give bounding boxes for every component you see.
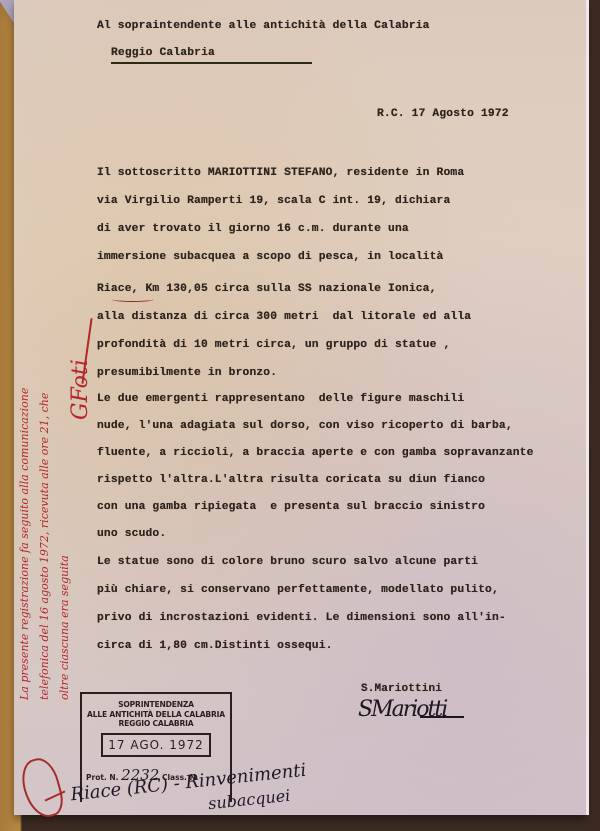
paper-edge [586, 0, 589, 815]
body-line: di aver trovato il giorno 16 c.m. durant… [97, 223, 409, 235]
handwritten-signature: SMariotti [358, 697, 446, 722]
body-line: presumibilmente in bronzo. [97, 367, 277, 379]
margin-note-line-3: oltre ciascuna era seguita [58, 555, 71, 700]
margin-note-line-1: La presente registrazione fa seguito all… [18, 388, 31, 700]
body-line: profondità di 10 metri circa, un gruppo … [97, 339, 450, 351]
body-line: fluente, a riccioli, a braccia aperte e … [97, 447, 534, 459]
body-line: Le statue sono di colore bruno scuro sal… [97, 556, 478, 568]
typed-signature: S.Mariottini [361, 683, 442, 695]
stamp-date: 17 AGO. 1972 [101, 733, 211, 757]
body-line: alla distanza di circa 300 metri dal lit… [97, 311, 471, 323]
margin-note-line-2: telefonica del 16 agosto 1972, ricevuta … [38, 393, 51, 700]
body-line: via Virgilio Ramperti 19, scala C int. 1… [97, 195, 450, 207]
body-line: più chiare, si conservano perfettamente,… [97, 584, 499, 596]
body-line: con una gamba ripiegata e presenta sul b… [97, 501, 485, 513]
place-date: R.C. 17 Agosto 1972 [377, 108, 509, 120]
body-line: Le due emergenti rappresentano delle fig… [97, 393, 464, 405]
recipient-underline [111, 62, 312, 64]
body-line: Riace, Km 130,05 circa sulla SS nazional… [97, 283, 437, 295]
stamp-line-1: SOPRINTENDENZA [82, 700, 230, 710]
body-line: Il sottoscritto MARIOTTINI STEFANO, resi… [97, 167, 464, 179]
recipient-line-2: Reggio Calabria [111, 47, 215, 59]
stamp-line-2: ALLE ANTICHITÀ DELLA CALABRIA [82, 710, 230, 720]
riace-underline [112, 297, 154, 302]
body-line: uno scudo. [97, 528, 166, 540]
body-line: circa di 1,80 cm.Distinti ossequi. [97, 640, 333, 652]
body-line: nude, l'una adagiata sul dorso, con viso… [97, 420, 513, 432]
signature-flourish [420, 716, 464, 718]
margin-initials: GFoti [68, 359, 93, 420]
body-line: immersione subacquea a scopo di pesca, i… [97, 251, 443, 263]
body-line: privo di incrostazioni evidenti. Le dime… [97, 612, 506, 624]
recipient-line-1: Al sopraintendente alle antichità della … [97, 20, 430, 32]
stamp-line-3: REGGIO CALABRIA [82, 719, 230, 729]
body-line: rispetto l'altra.L'altra risulta coricat… [97, 474, 485, 486]
